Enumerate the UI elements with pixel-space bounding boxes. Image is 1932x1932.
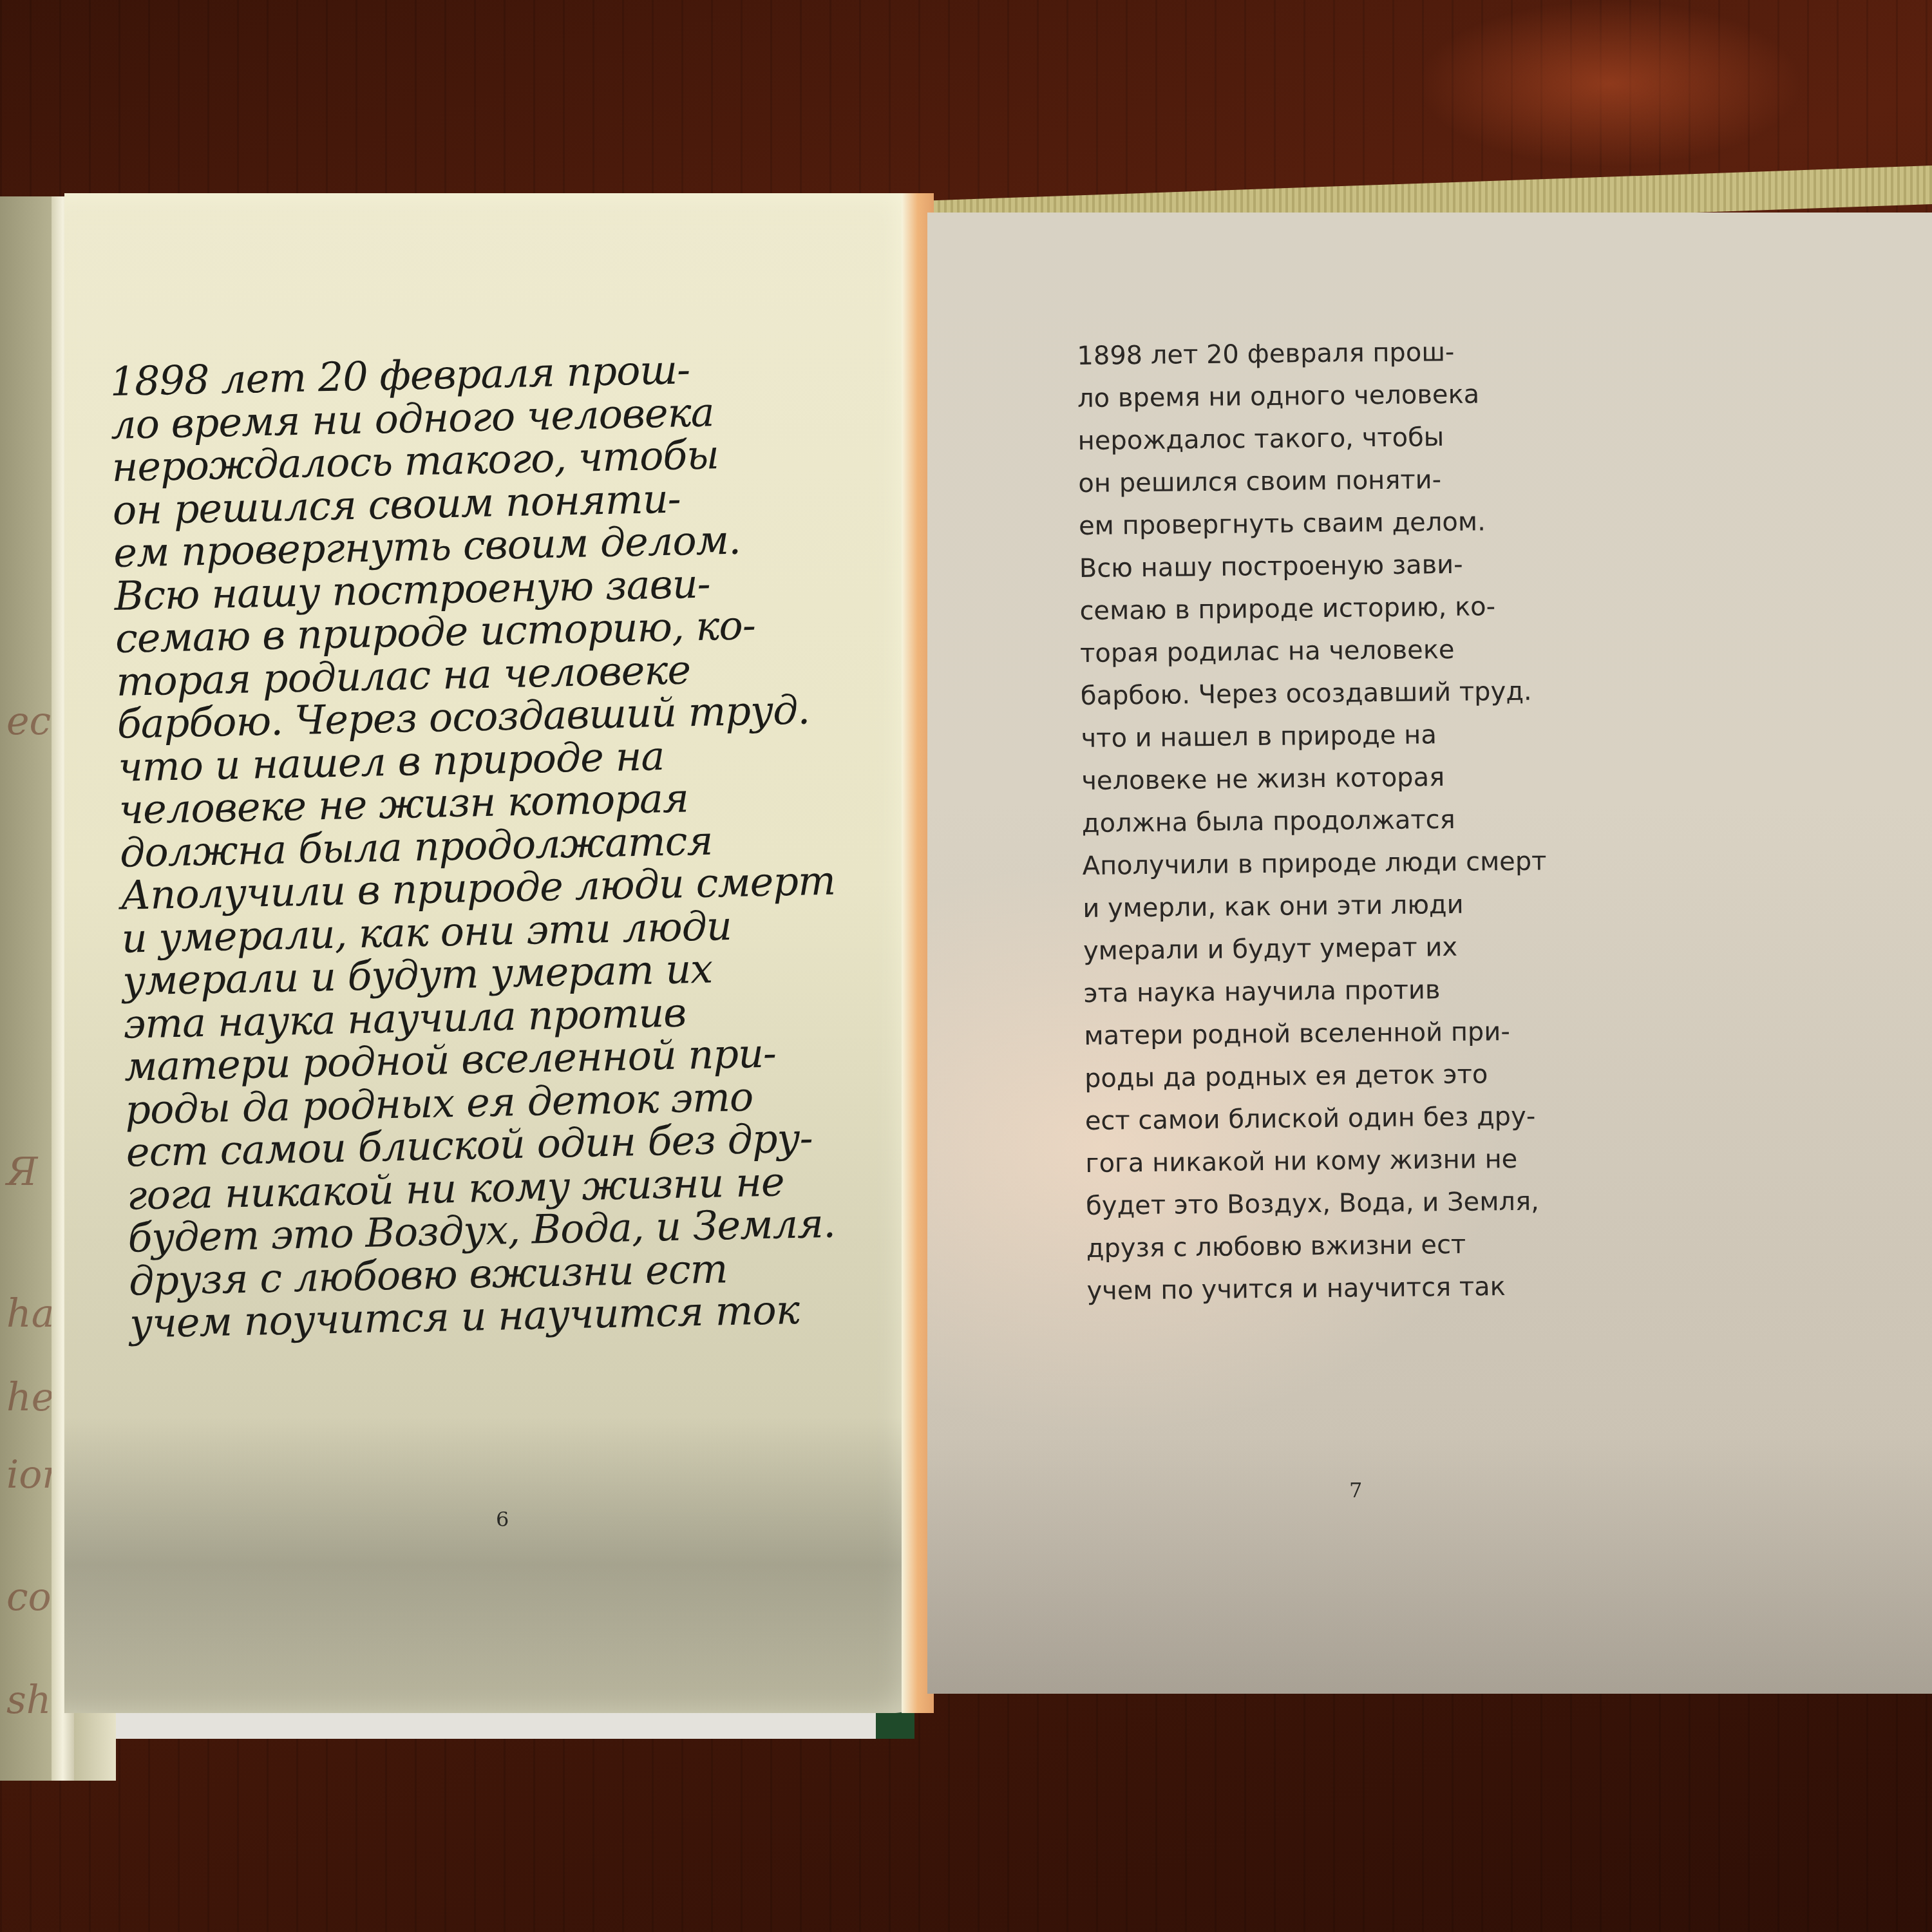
- printed-line: что и нашел в природе на: [1081, 712, 1661, 760]
- printed-line: барбою. Через осоздавший труд.: [1081, 669, 1661, 717]
- printed-line: и умерли, как они эти люди: [1083, 882, 1663, 930]
- printed-line: семаю в природе историю, ко-: [1079, 584, 1660, 632]
- cover-ghost-text: ha: [6, 1291, 54, 1336]
- printed-line: торая родилас на человеке: [1080, 627, 1660, 675]
- shadow-overlay: [927, 1436, 1932, 1694]
- printed-line: он решился своим поняти-: [1078, 457, 1658, 505]
- printed-line: ем провергнуть сваим делом.: [1079, 499, 1659, 547]
- printed-line: ло время ни одного человека: [1077, 372, 1658, 420]
- printed-line: роды да родных ея деток это: [1084, 1052, 1665, 1100]
- printed-line: будет это Воздух, Вода, и Земля,: [1086, 1179, 1666, 1227]
- printed-text: 1898 лет 20 февраля прош- ло время ни од…: [1077, 329, 1667, 1312]
- shadow-overlay: [64, 1417, 921, 1713]
- printed-line: матери родной вселенной при-: [1084, 1009, 1664, 1057]
- printed-line: Аполучили в природе люди смерт: [1082, 839, 1662, 887]
- page-number-right: 7: [1349, 1478, 1362, 1502]
- page-number-left: 6: [496, 1507, 509, 1531]
- cover-ghost-text: co: [6, 1575, 52, 1620]
- printed-line: гога никакой ни кому жизни не: [1085, 1137, 1665, 1185]
- cover-ghost-text: ec: [6, 699, 51, 744]
- cover-ghost-text: sh: [6, 1678, 51, 1723]
- printed-line: Всю нашу построеную зави-: [1079, 542, 1659, 590]
- handwritten-text: 1898 лет 20 февраля прош- ло время ни од…: [109, 345, 909, 1346]
- sunlight-patch: [1417, 0, 1803, 167]
- cover-ghost-text: Я: [6, 1150, 37, 1195]
- printed-line: друзя с любовю вжизни ест: [1086, 1221, 1667, 1269]
- printed-line: умерали и будут умерат их: [1083, 924, 1663, 972]
- printed-line: учем по учится и научится так: [1086, 1264, 1667, 1312]
- printed-line: должна была продолжатся: [1082, 797, 1662, 845]
- printed-line: 1898 лет 20 февраля прош-: [1077, 329, 1657, 377]
- printed-line: эта наука научила против: [1083, 967, 1663, 1015]
- printed-line: нерождалос такого, чтобы: [1077, 414, 1658, 462]
- printed-line: человеке не жизн которая: [1081, 754, 1662, 802]
- printed-line: ест самои блиской один без дру-: [1084, 1094, 1665, 1142]
